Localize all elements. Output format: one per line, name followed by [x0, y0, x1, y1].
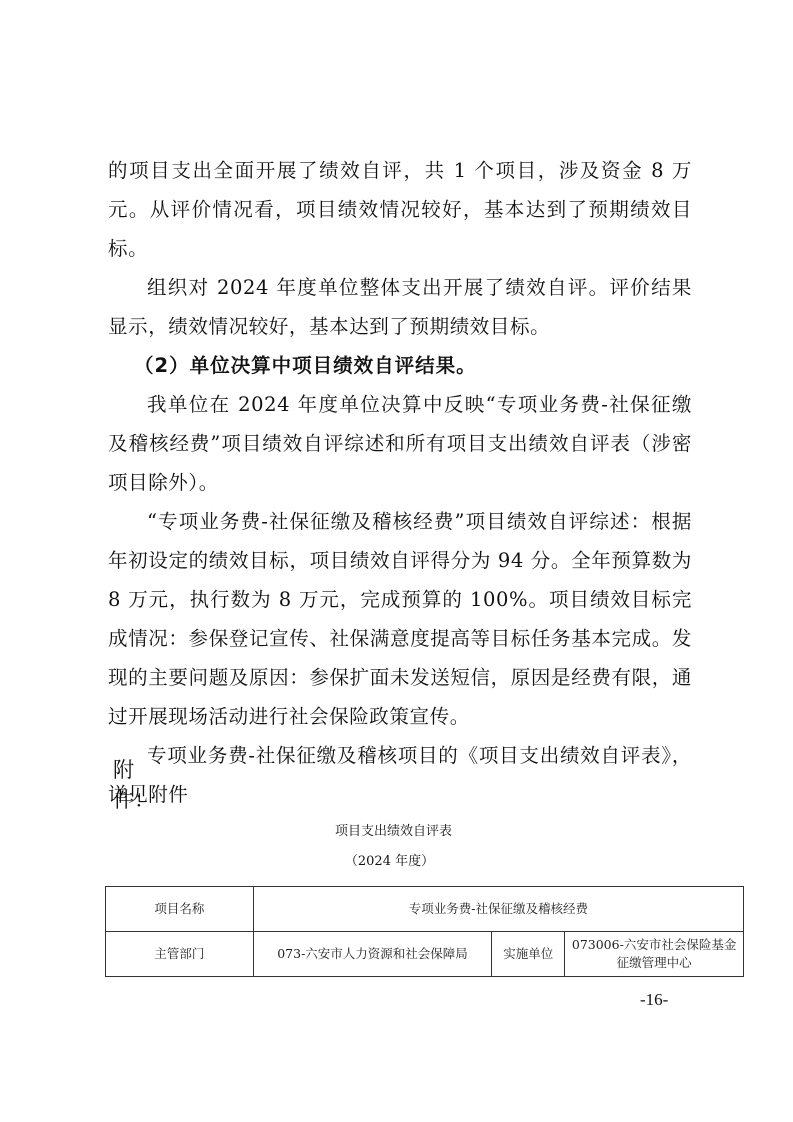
section-heading-project-results: （2）单位决算中项目绩效自评结果。 [108, 346, 692, 385]
body-text: 的项目支出全面开展了绩效自评，共 1 个项目，涉及资金 8 万元。从评价情况看，… [108, 151, 692, 814]
paragraph-overall-evaluation: 组织对 2024 年度单位整体支出开展了绩效自评。评价结果显示，绩效情况较好，基… [108, 268, 692, 346]
cell-label-department: 主管部门 [106, 932, 254, 977]
evaluation-table: 项目名称 专项业务费-社保征缴及稽核经费 主管部门 073-六安市人力资源和社会… [105, 886, 744, 977]
cell-value-implementing-unit: 073006-六安市社会保险基金征缴管理中心 [565, 932, 744, 977]
paragraph-project-summary: 的项目支出全面开展了绩效自评，共 1 个项目，涉及资金 8 万元。从评价情况看，… [108, 151, 692, 268]
table-row-department: 主管部门 073-六安市人力资源和社会保障局 实施单位 073006-六安市社会… [106, 932, 744, 977]
page-number: -16- [640, 990, 668, 1010]
attachment-label: 附 件： [113, 755, 153, 815]
cell-label-project-name: 项目名称 [106, 887, 254, 932]
paragraph-see-attachment: 专项业务费-社保征缴及稽核项目的《项目支出绩效自评表》，详见附件 [108, 736, 692, 814]
table-title: 项目支出绩效自评表 [0, 820, 790, 839]
document-page: 的项目支出全面开展了绩效自评，共 1 个项目，涉及资金 8 万元。从评价情况看，… [0, 0, 793, 1122]
paragraph-final-accounts: 我单位在 2024 年度单位决算中反映“专项业务费-社保征缴及稽核经费”项目绩效… [108, 385, 692, 502]
cell-value-department: 073-六安市人力资源和社会保障局 [253, 932, 492, 977]
attachment-label-line1: 附 [113, 755, 153, 785]
paragraph-evaluation-overview: “专项业务费-社保征缴及稽核经费”项目绩效自评综述：根据年初设定的绩效目标，项目… [108, 502, 692, 736]
table-row-project-name: 项目名称 专项业务费-社保征缴及稽核经费 [106, 887, 744, 932]
cell-label-implementing-unit: 实施单位 [492, 932, 565, 977]
table-subtitle: （2024 年度） [0, 850, 786, 869]
attachment-label-line2: 件： [113, 785, 153, 815]
cell-value-project-name: 专项业务费-社保征缴及稽核经费 [253, 887, 743, 932]
